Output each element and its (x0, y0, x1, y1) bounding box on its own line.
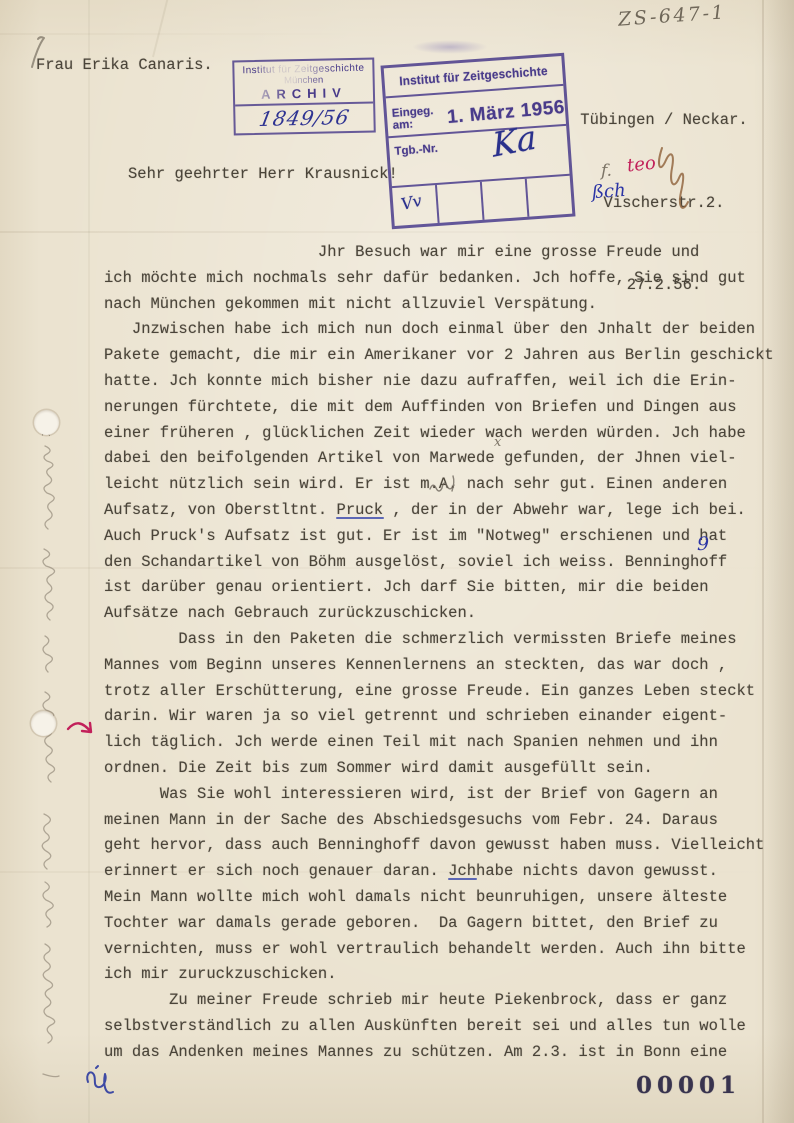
diary-value-handwritten: Ka (491, 117, 538, 165)
underline-pruck (336, 517, 384, 519)
archive-stamp-header: Institut für Zeitgeschichte München ARCH… (234, 60, 373, 107)
archive-stamp-archiv: ARCHIV (237, 85, 371, 103)
margin-note-cursive-strokes (37, 444, 57, 1084)
page-number-stamp: 00001 (636, 1072, 741, 1099)
crease-diagonal-corner (152, 0, 170, 57)
punch-hole-top (34, 410, 59, 435)
address-city: Tübingen / Neckar. (578, 107, 750, 135)
entry-stamp: Institut für Zeitgeschichte Eingeg. am: … (381, 53, 576, 229)
archival-code-handwritten: ZS-647-1 (617, 1, 726, 30)
scanned-letter-page: Frau Erika Canaris. Tübingen / Neckar. V… (0, 0, 794, 1123)
blue-ink-monogram (82, 1066, 118, 1108)
archive-number-handwritten: 1849/56 (233, 103, 376, 133)
stamp-smudge (412, 40, 488, 54)
salutation: Sehr geehrter Herr Krausnick! (128, 162, 398, 188)
punch-hole-bottom (31, 711, 56, 736)
pencil-insertion-word (428, 477, 458, 495)
diary-number-label: Tgb.-Nr. (394, 143, 438, 158)
sender-line: Frau Erika Canaris. (36, 53, 213, 79)
blue-staff-initials: ßch (591, 180, 626, 203)
grid-cell-1-handwritten: Vv (399, 191, 423, 214)
grid-cell-4 (525, 176, 573, 217)
illegible-pencil-margin-note: x (37, 428, 57, 1084)
grid-cell-2 (435, 182, 483, 223)
grid-cell-3 (480, 179, 528, 220)
letter-body: Jhr Besuch war mir eine grosse Freude un… (104, 240, 774, 1066)
red-margin-arrow-icon (66, 719, 96, 743)
crease-top-left (0, 33, 360, 35)
blue-check-mark: 9 (697, 533, 709, 555)
pencil-staff-initial: f. (601, 161, 612, 181)
crease-vertical-left (88, 0, 90, 1123)
received-label: Eingeg. am: (391, 105, 441, 132)
archive-stamp: Institut für Zeitgeschichte München ARCH… (232, 58, 376, 136)
grid-cell-1: Vv (392, 185, 438, 226)
pencil-tick-mark (24, 35, 50, 69)
underline-jch (448, 878, 477, 880)
brown-ink-paraph (652, 144, 694, 220)
pencil-asterisk-marwede: x (494, 435, 501, 450)
